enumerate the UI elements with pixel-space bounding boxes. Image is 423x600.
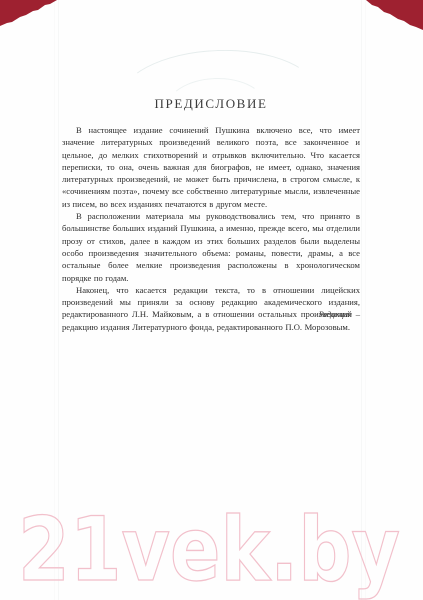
preface-paragraph-1: В настоящее издание сочинений Пушкина вк… [62,124,360,210]
preface-paragraph-2: В расположении материала мы руководствов… [62,210,360,284]
corner-mark-top-left [0,0,57,26]
watermark-text: 21vek.by [18,498,400,600]
preface-text: В настоящее издание сочинений Пушкина вк… [62,124,360,333]
red-corner-marks [0,0,423,40]
editorial-signature: Редакция [62,309,352,319]
page-title: ПРЕДИСЛОВИЕ [62,96,360,112]
scanned-book-page: ПРЕДИСЛОВИЕ В настоящее издание сочинени… [0,0,423,600]
store-watermark: 21vek.by [0,498,423,600]
corner-mark-top-right [366,0,423,30]
